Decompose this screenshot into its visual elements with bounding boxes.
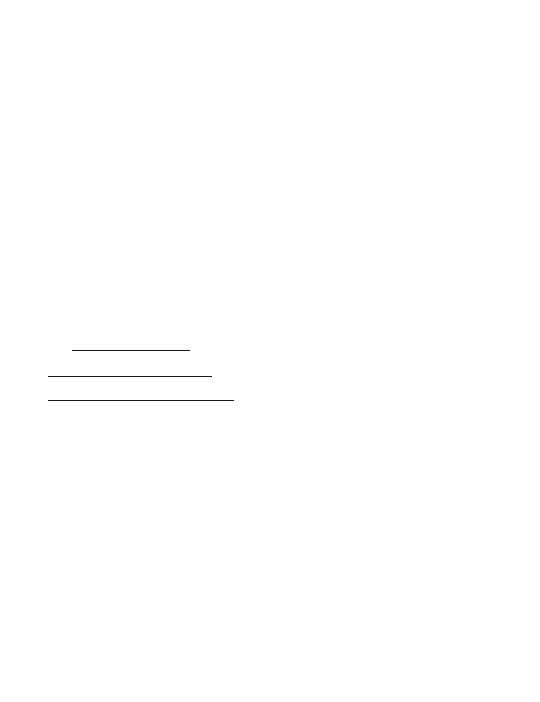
- item2-subject: [72, 350, 160, 351]
- item2-assets: [182, 376, 212, 377]
- item2-industry: [160, 350, 190, 351]
- document-page: [0, 0, 540, 702]
- item2-line-3: [48, 389, 508, 405]
- item2-revenue: [160, 376, 182, 377]
- item1-number: [48, 211, 72, 226]
- item2-company: [48, 376, 116, 377]
- intro-line-1: [48, 81, 508, 97]
- item2-line-2: [48, 365, 508, 381]
- item2-enterprise-size: [48, 400, 234, 401]
- intro-text: [48, 81, 72, 96]
- item2-number: [48, 339, 72, 354]
- item1-line-1: [48, 211, 508, 227]
- item2-employees: [116, 376, 160, 377]
- item2-line-1: [48, 339, 508, 355]
